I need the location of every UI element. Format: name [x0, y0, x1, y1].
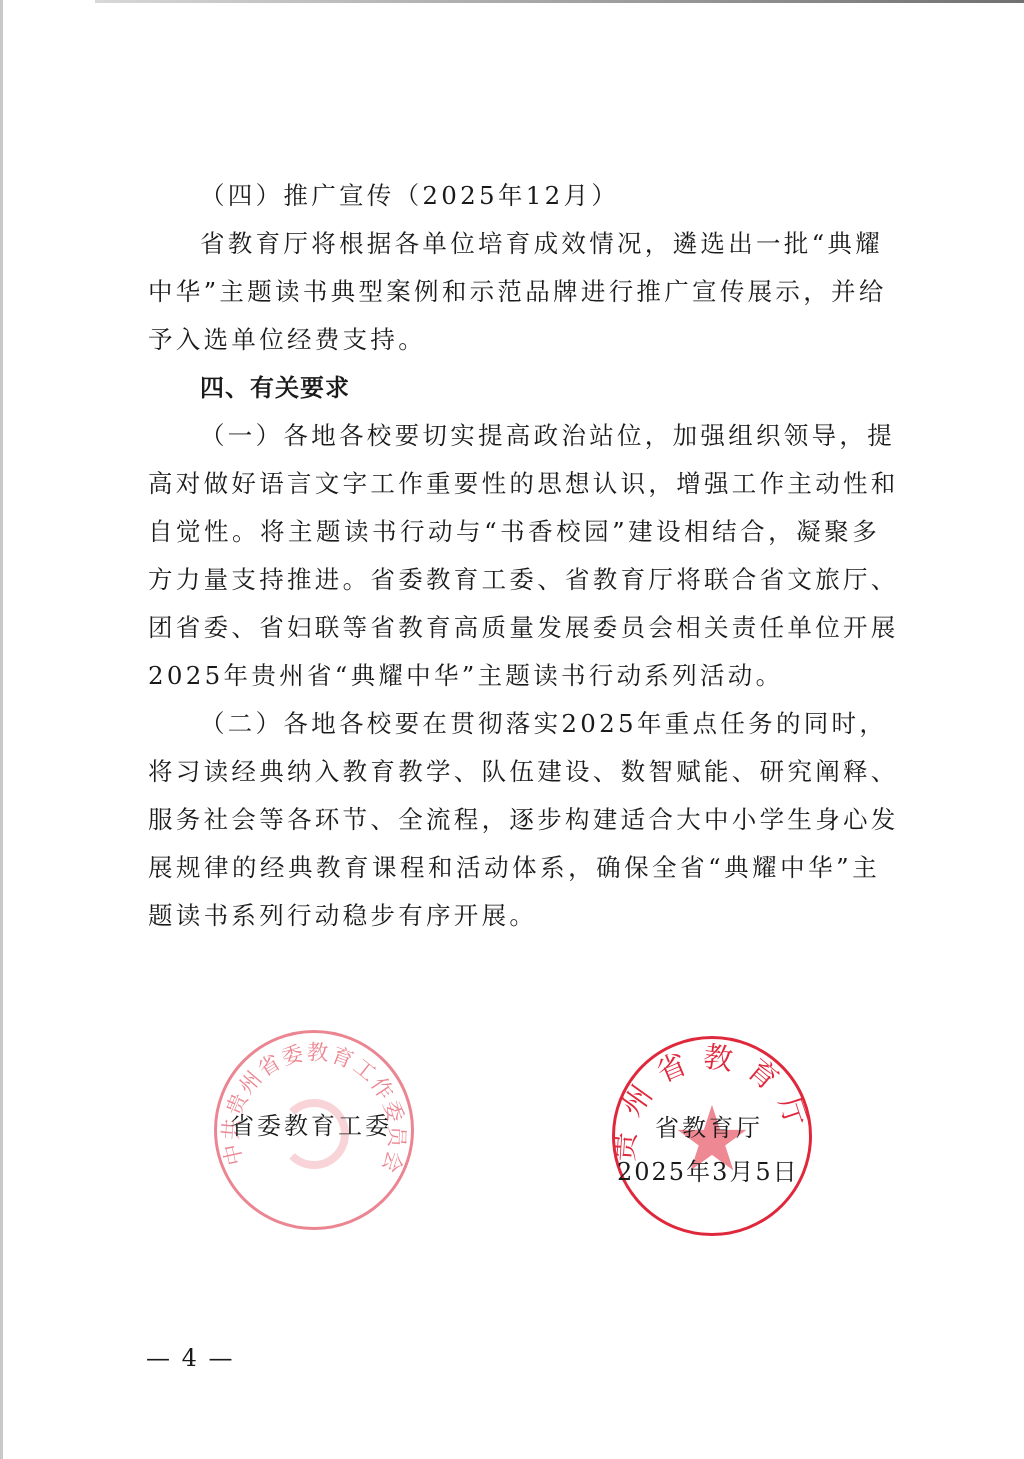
- paragraph-line: 省教育厅将根据各单位培育成效情况，遴选出一批“典耀: [148, 220, 880, 268]
- scan-edge-left: [0, 0, 3, 1459]
- paragraph-line: 2025年贵州省“典耀中华”主题读书行动系列活动。: [148, 652, 880, 700]
- signature-org-right: 省教育厅: [655, 1108, 763, 1143]
- page-number: — 4 —: [146, 1344, 235, 1372]
- paragraph-line: （一）各地各校要切实提高政治站位，加强组织领导，提: [148, 412, 880, 460]
- paragraph-line: 中华”主题读书典型案例和示范品牌进行推广宣传展示，并给: [148, 268, 880, 316]
- signature-org-left: 省委教育工委: [230, 1106, 392, 1141]
- paragraph-line: 高对做好语言文字工作重要性的思想认识，增强工作主动性和: [148, 460, 880, 508]
- paragraph-line: 予入选单位经费支持。: [148, 316, 880, 364]
- paragraph-line: （二）各地各校要在贯彻落实2025年重点任务的同时，: [148, 700, 880, 748]
- section-heading: 四、有关要求: [148, 364, 880, 412]
- subsection-title-promotion: （四）推广宣传（2025年12月）: [148, 172, 880, 220]
- paragraph-line: 方力量支持推进。省委教育工委、省教育厅将联合省文旅厅、: [148, 556, 880, 604]
- paragraph-line: 自觉性。将主题读书行动与“书香校园”建设相结合，凝聚多: [148, 508, 880, 556]
- paragraph-line: 展规律的经典教育课程和活动体系，确保全省“典耀中华”主: [148, 844, 880, 892]
- paragraph-line: 将习读经典纳入教育教学、队伍建设、数智赋能、研究阐释、: [148, 748, 880, 796]
- signature-date: 2025年3月5日: [617, 1152, 799, 1187]
- scan-edge-top: [95, 0, 1024, 3]
- paragraph-line: 题读书系列行动稳步有序开展。: [148, 892, 880, 940]
- paragraph-line: 服务社会等各环节、全流程，逐步构建适合大中小学生身心发: [148, 796, 880, 844]
- paragraph-line: 团省委、省妇联等省教育高质量发展委员会相关责任单位开展: [148, 604, 880, 652]
- document-body: （四）推广宣传（2025年12月） 省教育厅将根据各单位培育成效情况，遴选出一批…: [148, 172, 880, 940]
